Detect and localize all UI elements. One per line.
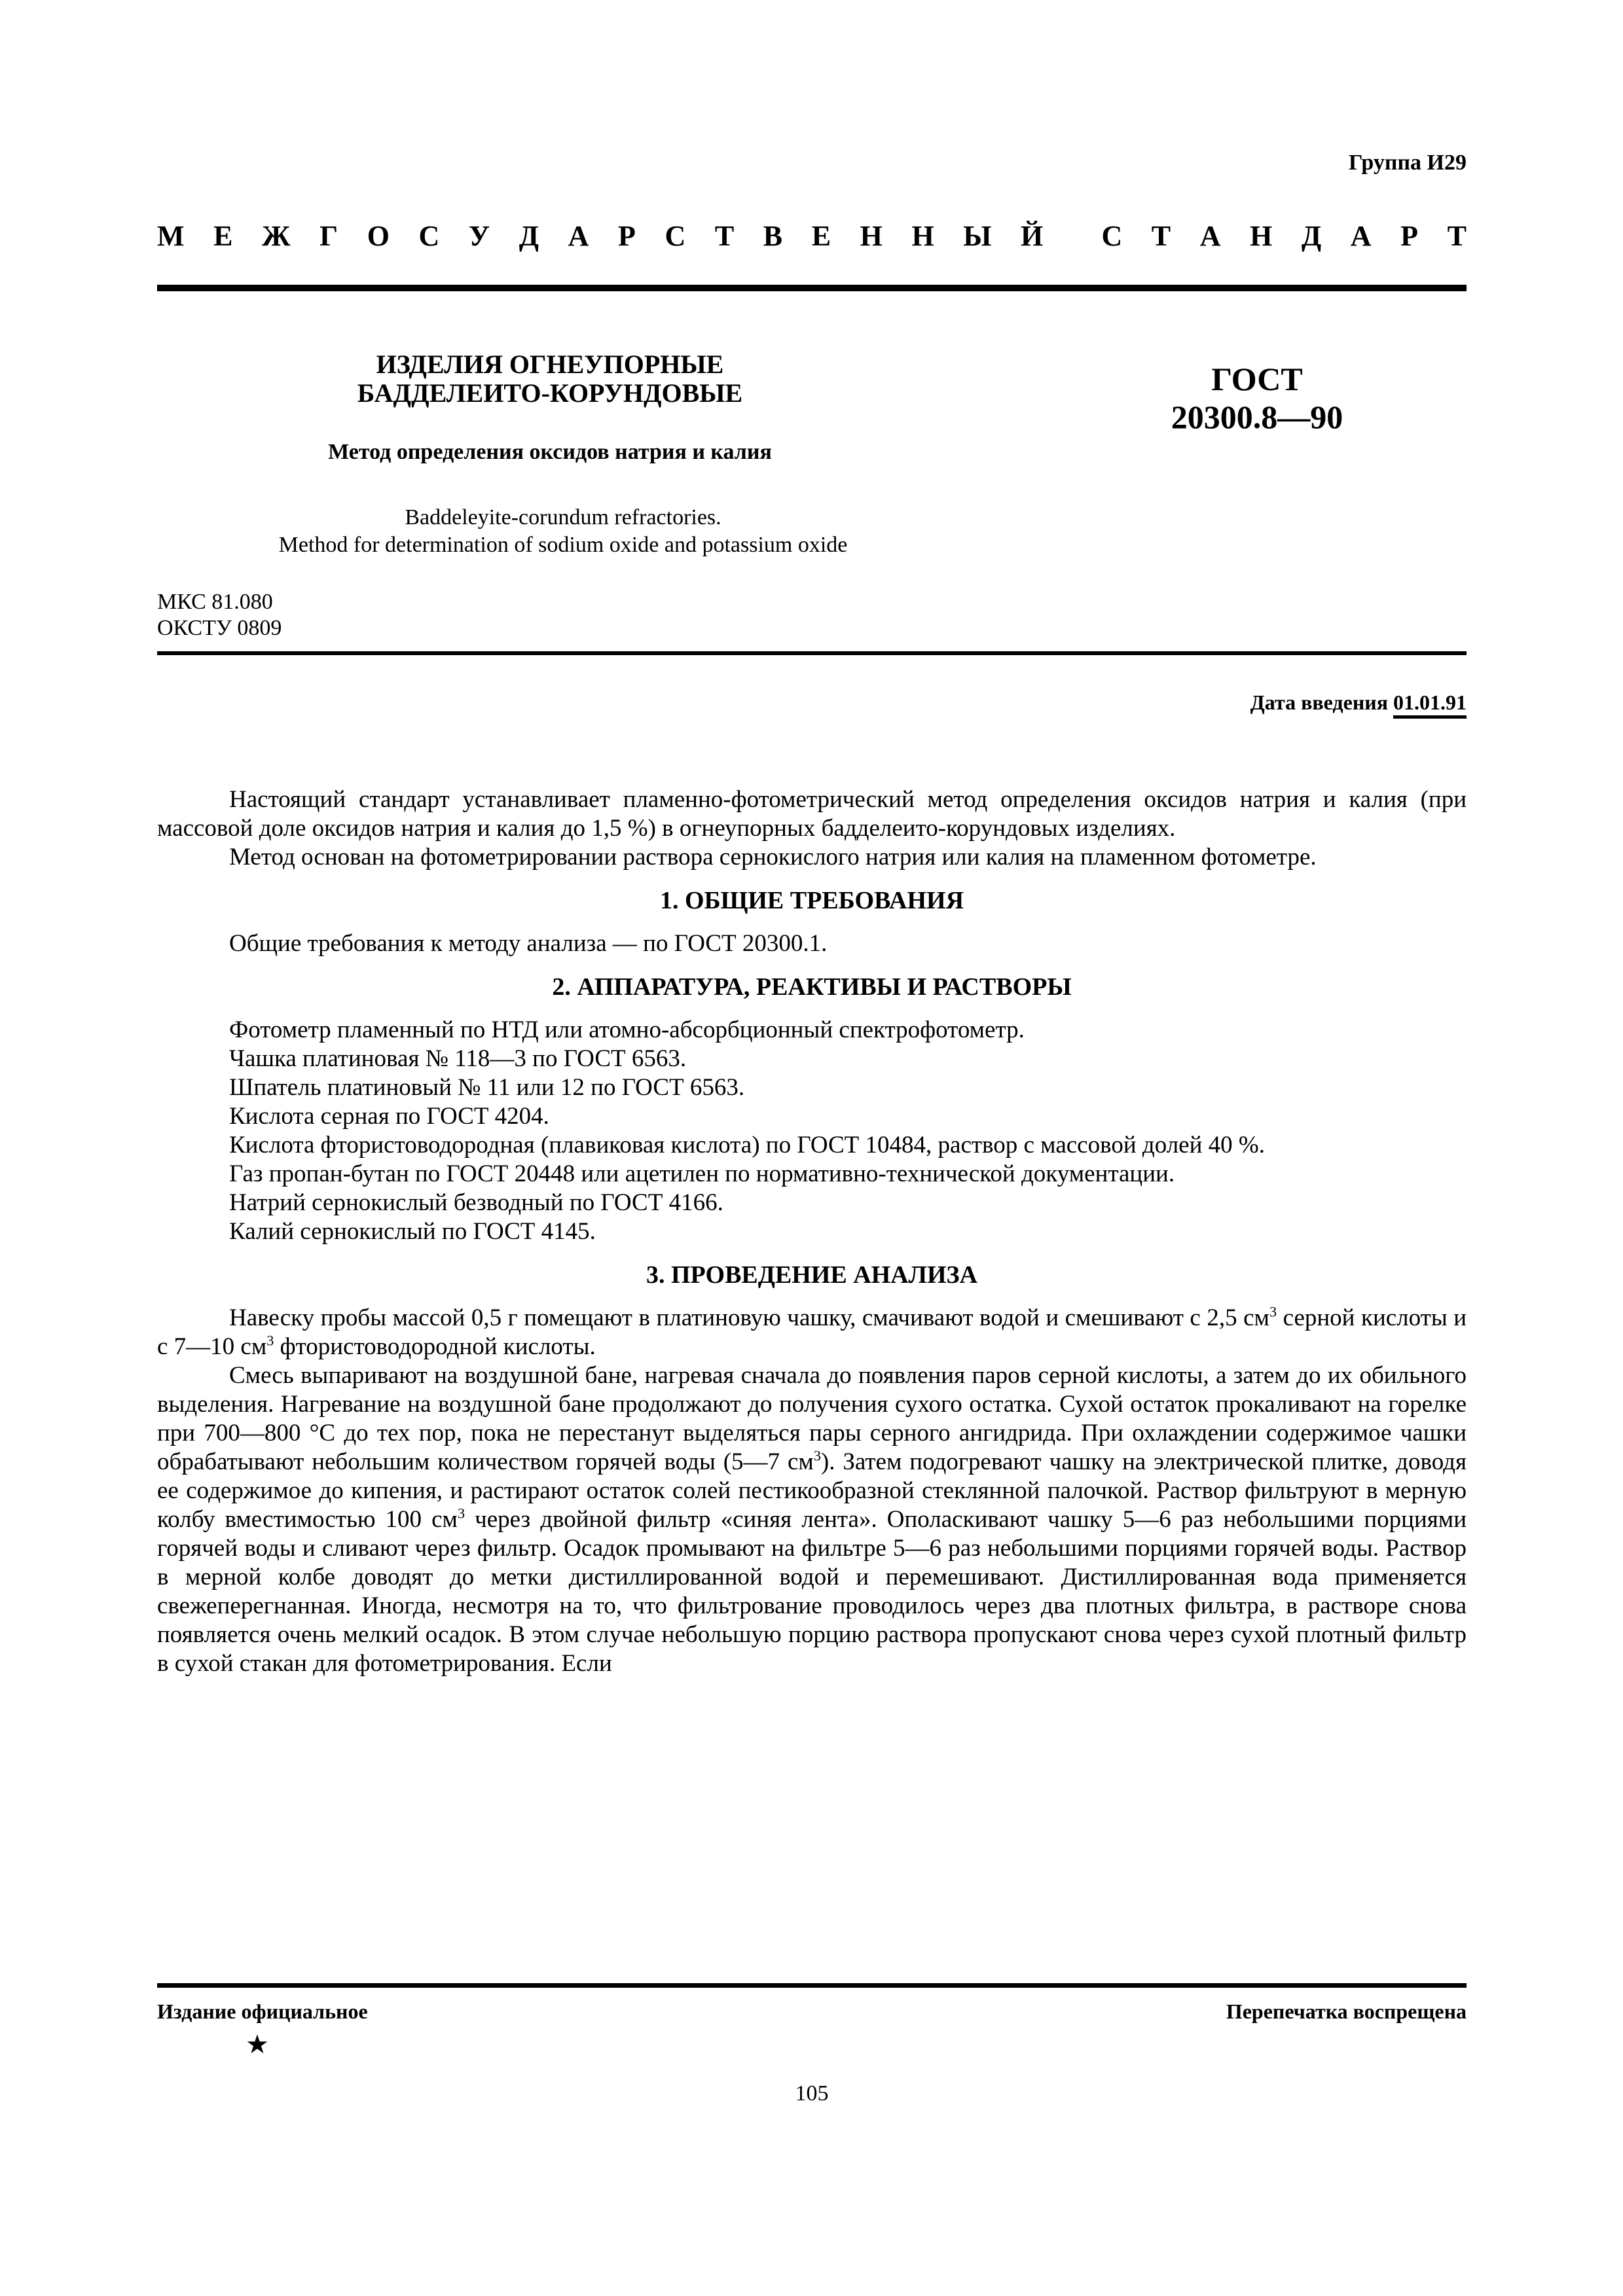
- star-icon: ★: [246, 2029, 269, 2060]
- standard-banner: МЕЖГОСУДАРСТВЕННЫЙСТАНДАРТ: [157, 219, 1467, 253]
- banner-letter: А: [1200, 219, 1221, 253]
- banner-letter: А: [568, 219, 589, 253]
- section-3-paragraph-1: Навеску пробы массой 0,5 г помещают в пл…: [157, 1304, 1467, 1361]
- okstu-code: ОКСТУ 0809: [157, 615, 282, 641]
- banner-letter: Д: [1302, 219, 1321, 253]
- gost-designation: ГОСТ 20300.8—90: [1113, 360, 1401, 436]
- document-subtitle: Метод определения оксидов натрия и калия: [196, 440, 903, 465]
- effective-date: Дата введения 01.01.91: [1250, 691, 1467, 715]
- list-item: Натрий сернокислый безводный по ГОСТ 416…: [157, 1189, 1467, 1217]
- list-item: Кислота фтористоводородная (плавиковая к…: [157, 1131, 1467, 1160]
- intro-paragraph-2: Метод основан на фотометрировании раство…: [157, 843, 1467, 872]
- banner-letter: В: [763, 219, 782, 253]
- banner-letter: Т: [1152, 219, 1171, 253]
- section-3-heading: 3. ПРОВЕДЕНИЕ АНАЛИЗА: [157, 1261, 1467, 1289]
- list-item: Чашка платиновая № 118—3 по ГОСТ 6563.: [157, 1045, 1467, 1073]
- english-title-line-2: Method for determination of sodium oxide…: [157, 531, 969, 559]
- group-code: Группа И29: [1349, 151, 1467, 175]
- list-item: Фотометр пламенный по НТД или атомно-абс…: [157, 1016, 1467, 1045]
- header-rule: [157, 285, 1467, 291]
- official-edition-note: Издание официальное: [157, 2000, 368, 2024]
- banner-letter: Ы: [963, 219, 991, 253]
- list-item: Кислота серная по ГОСТ 4204.: [157, 1102, 1467, 1131]
- list-item: Газ пропан-бутан по ГОСТ 20448 или ацети…: [157, 1160, 1467, 1189]
- banner-letter: С: [665, 219, 685, 253]
- banner-letter: Й: [1021, 219, 1043, 253]
- reprint-prohibited-note: Перепечатка воспрещена: [1226, 2000, 1467, 2024]
- banner-letter: Г: [319, 219, 338, 253]
- list-item: Шпатель платиновый № 11 или 12 по ГОСТ 6…: [157, 1073, 1467, 1102]
- banner-letter: О: [367, 219, 390, 253]
- intro-paragraph-1: Настоящий стандарт устанавливает пламенн…: [157, 785, 1467, 843]
- banner-letter: Е: [812, 219, 831, 253]
- english-title: Baddeleyite-corundum refractories. Metho…: [157, 504, 969, 559]
- codes-rule: [157, 651, 1467, 655]
- banner-letter: Е: [213, 219, 232, 253]
- banner-letter: Н: [1250, 219, 1272, 253]
- title-line-1: ИЗДЕЛИЯ ОГНЕУПОРНЫЕ: [196, 350, 903, 379]
- banner-letter: Р: [618, 219, 636, 253]
- mks-code: МКС 81.080: [157, 589, 282, 615]
- banner-letter: Н: [911, 219, 934, 253]
- banner-letter: Н: [860, 219, 883, 253]
- banner-letter: Ж: [262, 219, 291, 253]
- banner-letter: Д: [519, 219, 539, 253]
- document-body: Настоящий стандарт устанавливает пламенн…: [157, 785, 1467, 1678]
- banner-letter: С: [419, 219, 440, 253]
- banner-letter: М: [157, 219, 185, 253]
- banner-letter: Т: [715, 219, 734, 253]
- section-3-paragraph-2: Смесь выпаривают на воздушной бане, нагр…: [157, 1361, 1467, 1678]
- english-title-line-1: Baddeleyite-corundum refractories.: [157, 504, 969, 531]
- banner-letter: С: [1101, 219, 1122, 253]
- section-2-heading: 2. АППАРАТУРА, РЕАКТИВЫ И РАСТВОРЫ: [157, 973, 1467, 1001]
- equipment-list: Фотометр пламенный по НТД или атомно-абс…: [157, 1016, 1467, 1246]
- banner-letter: У: [469, 219, 490, 253]
- page-number: 105: [157, 2081, 1467, 2106]
- banner-letter: А: [1351, 219, 1372, 253]
- classification-codes: МКС 81.080 ОКСТУ 0809: [157, 589, 282, 641]
- gost-number: 20300.8—90: [1113, 398, 1401, 436]
- section-1-text: Общие требования к методу анализа — по Г…: [157, 929, 1467, 958]
- banner-letter: Р: [1400, 219, 1418, 253]
- effective-date-value: 01.01.91: [1393, 691, 1467, 719]
- footer-rule: [157, 1983, 1467, 1988]
- section-1-heading: 1. ОБЩИЕ ТРЕБОВАНИЯ: [157, 886, 1467, 915]
- gost-label: ГОСТ: [1113, 360, 1401, 398]
- list-item: Калий сернокислый по ГОСТ 4145.: [157, 1217, 1467, 1246]
- title-line-2: БАДДЕЛЕИТО-КОРУНДОВЫЕ: [196, 379, 903, 408]
- banner-letter: Т: [1448, 219, 1467, 253]
- effective-date-label: Дата введения: [1250, 691, 1388, 714]
- document-title: ИЗДЕЛИЯ ОГНЕУПОРНЫЕ БАДДЕЛЕИТО-КОРУНДОВЫ…: [196, 350, 903, 408]
